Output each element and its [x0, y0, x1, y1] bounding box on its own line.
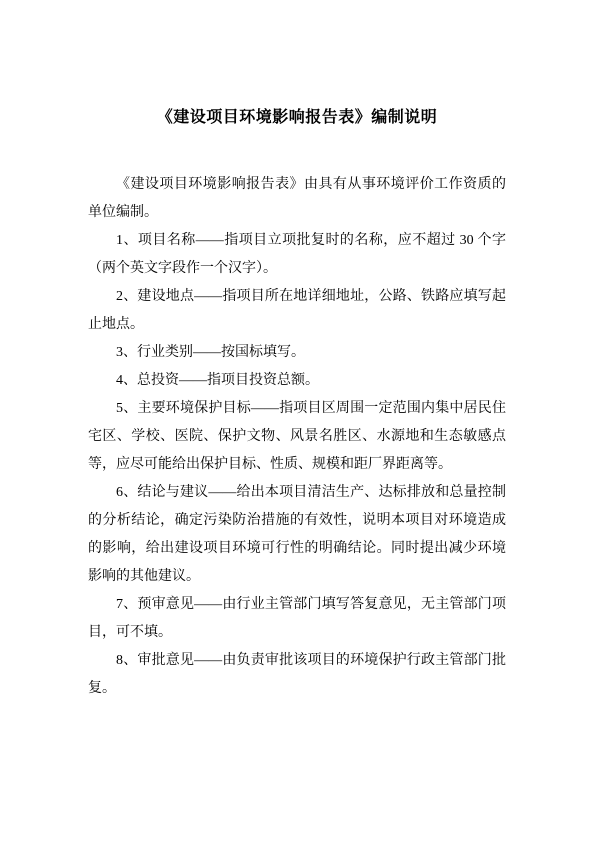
paragraph-item-6: 6、结论与建议——给出本项目清洁生产、达标排放和总量控制的分析结论，确定污染防治…	[88, 479, 506, 591]
document-body: 《建设项目环境影响报告表》由具有从事环境评价工作资质的单位编制。 1、项目名称—…	[88, 171, 506, 703]
paragraph-item-7: 7、预审意见——由行业主管部门填写答复意见，无主管部门项目，可不填。	[88, 591, 506, 647]
paragraph-item-4: 4、总投资——指项目投资总额。	[88, 367, 506, 395]
paragraph-item-2: 2、建设地点——指项目所在地详细地址，公路、铁路应填写起止地点。	[88, 283, 506, 339]
paragraph-item-8: 8、审批意见——由负责审批该项目的环境保护行政主管部门批复。	[88, 647, 506, 703]
paragraph-item-1: 1、项目名称——指项目立项批复时的名称，应不超过 30 个字（两个英文字段作一个…	[88, 227, 506, 283]
document-title: 《建设项目环境影响报告表》编制说明	[88, 107, 506, 129]
paragraph-intro: 《建设项目环境影响报告表》由具有从事环境评价工作资质的单位编制。	[88, 171, 506, 227]
document-page: 《建设项目环境影响报告表》编制说明 《建设项目环境影响报告表》由具有从事环境评价…	[0, 0, 595, 842]
paragraph-item-3: 3、行业类别——按国标填写。	[88, 339, 506, 367]
paragraph-item-5: 5、主要环境保护目标——指项目区周围一定范围内集中居民住宅区、学校、医院、保护文…	[88, 395, 506, 479]
